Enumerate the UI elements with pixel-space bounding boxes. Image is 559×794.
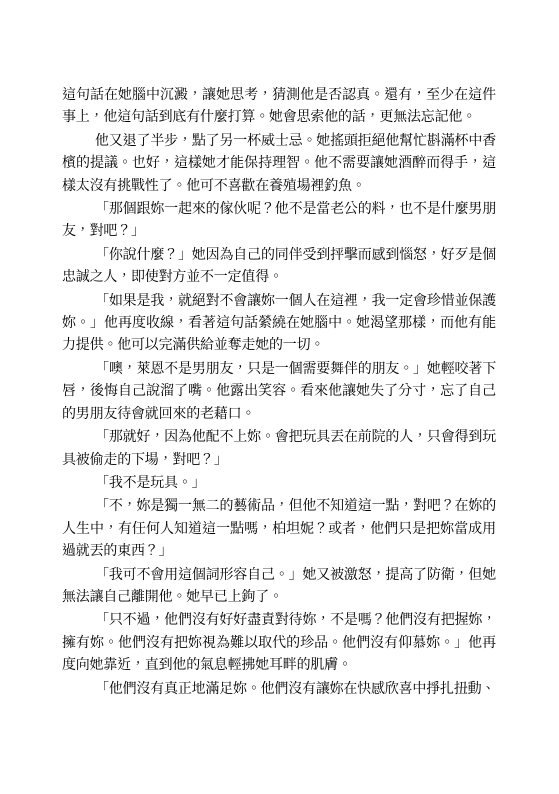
paragraph: 「噢，萊恩不是男朋友，只是一個需要舞伴的朋友。」她輕咬著下唇，後悔自己說溜了嘴。… xyxy=(62,357,496,424)
paragraph: 「我可不會用這個詞形容自己。」她又被激怒，提高了防衛，但她無法讓自己離開他。她早… xyxy=(62,563,496,608)
paragraph: 「只不過，他們沒有好好盡責對待妳，不是嗎？他們沒有把握妳，擁有妳。他們沒有把妳視… xyxy=(62,608,496,675)
paragraph: 「我不是玩具。」 xyxy=(62,471,496,493)
paragraph: 他又退了半步，點了另一杯威士忌。她搖頭拒絕他幫忙斟滿杯中香檳的提議。也好，這樣她… xyxy=(62,129,496,196)
paragraph: 「那個跟妳一起來的傢伙呢？他不是當老公的料，也不是什麼男朋友，對吧？」 xyxy=(62,197,496,242)
book-page: 這句話在她腦中沉澱，讓她思考，猜測他是否認真。還有，至少在這件事上，他這句話到底… xyxy=(0,0,559,794)
paragraph: 「如果是我，就絕對不會讓妳一個人在這裡，我一定會珍惜並保護妳。」他再度收線，看著… xyxy=(62,289,496,356)
body-text: 這句話在她腦中沉澱，讓她思考，猜測他是否認真。還有，至少在這件事上，他這句話到底… xyxy=(62,83,496,699)
paragraph: 「他們沒有真正地滿足妳。他們沒有讓妳在快感欣喜中掙扎扭動、 xyxy=(62,677,496,699)
paragraph: 「不，妳是獨一無二的藝術品，但他不知道這一點，對吧？在妳的人生中，有任何人知道這… xyxy=(62,494,496,561)
paragraph: 這句話在她腦中沉澱，讓她思考，猜測他是否認真。還有，至少在這件事上，他這句話到底… xyxy=(62,83,496,128)
paragraph: 「你說什麼？」她因為自己的同伴受到抨擊而感到惱怒，好歹是個忠誠之人，即使對方並不… xyxy=(62,243,496,288)
paragraph: 「那就好，因為他配不上妳。會把玩具丟在前院的人，只會得到玩具被偷走的下場，對吧？… xyxy=(62,425,496,470)
